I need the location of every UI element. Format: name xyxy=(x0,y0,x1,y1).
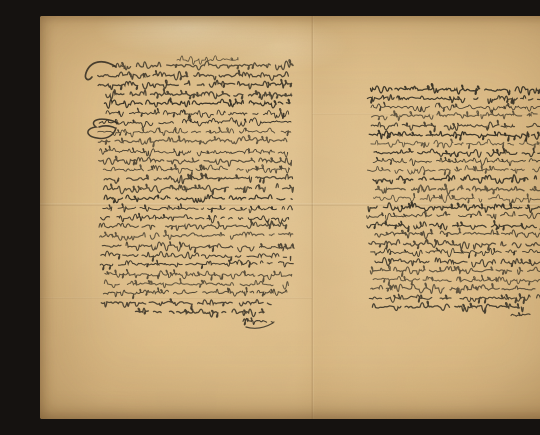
handwriting-layer xyxy=(40,16,540,419)
manuscript-photo xyxy=(40,16,540,419)
paper-grain-texture xyxy=(40,16,540,419)
